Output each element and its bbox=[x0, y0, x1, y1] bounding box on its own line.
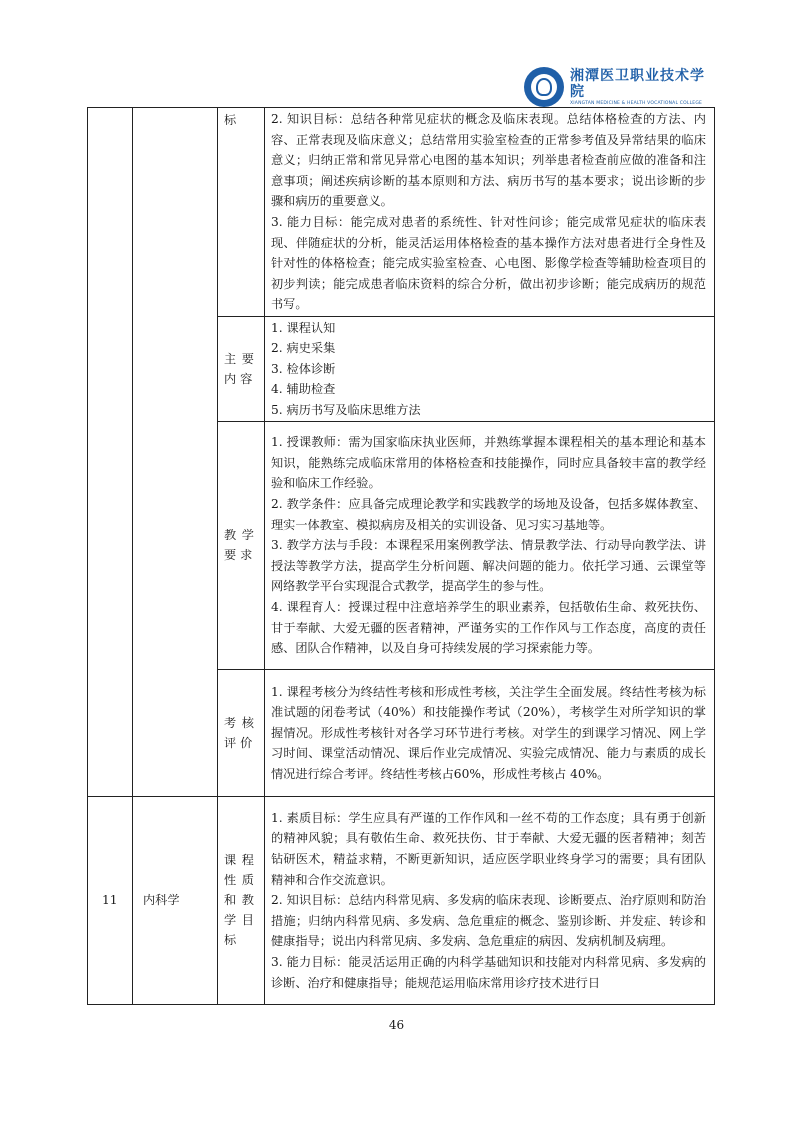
row-label: 课程性质和教学目标 bbox=[218, 797, 265, 1005]
content-paragraph: 2. 病史采集 bbox=[271, 338, 706, 359]
content-paragraph: 4. 课程育人：授课过程中注意培养学生的职业素养，包括敬佑生命、救死扶伤、甘于奉… bbox=[271, 597, 706, 659]
row-label: 教学要求 bbox=[218, 422, 265, 670]
college-name-cn: 湘潭医卫职业技术学院 bbox=[570, 68, 714, 100]
content-paragraph: 2. 知识目标：总结各种常见症状的概念及临床表现。总结体格检查的方法、内容、正常… bbox=[271, 109, 706, 212]
content-paragraph: 5. 病历书写及临床思维方法 bbox=[271, 400, 706, 421]
content-paragraph: 2. 知识目标：总结内科常见病、多发病的临床表现、诊断要点、治疗原则和防治措施；… bbox=[271, 890, 706, 952]
row-content: 1. 授课教师：需为国家临床执业医师，并熟练掌握本课程相关的基本理论和基本知识，… bbox=[265, 422, 715, 670]
content-paragraph: 1. 素质目标：学生应具有严谨的工作作风和一丝不苟的工作态度；具有勇于创新的精神… bbox=[271, 808, 706, 890]
course-name-cell bbox=[133, 108, 218, 797]
college-name-en: XIANGTAN MEDICINE & HEALTH VOCATIONAL CO… bbox=[570, 100, 714, 107]
college-name-block: 湘潭医卫职业技术学院 XIANGTAN MEDICINE & HEALTH VO… bbox=[570, 68, 714, 107]
content-paragraph: 3. 能力目标：能完成对患者的系统性、针对性问诊；能完成常见症状的临床表现、伴随… bbox=[271, 212, 706, 315]
page-number: 46 bbox=[0, 1018, 793, 1032]
course-number-cell: 11 bbox=[88, 797, 133, 1005]
content-paragraph: 3. 检体诊断 bbox=[271, 359, 706, 380]
row-content: 1. 课程认知 2. 病史采集 3. 检体诊断 4. 辅助检查 5. 病历书写及… bbox=[265, 317, 715, 422]
table-row: 11 内科学 课程性质和教学目标 1. 素质目标：学生应具有严谨的工作作风和一丝… bbox=[88, 797, 715, 1005]
row-label: 考核评价 bbox=[218, 670, 265, 797]
content-paragraph: 1. 授课教师：需为国家临床执业医师，并熟练掌握本课程相关的基本理论和基本知识，… bbox=[271, 432, 706, 494]
course-table: 标 2. 知识目标：总结各种常见症状的概念及临床表现。总结体格检查的方法、内容、… bbox=[87, 107, 715, 1005]
content-paragraph: 1. 课程考核分为终结性考核和形成性考核，关注学生全面发展。终结性考核为标准试题… bbox=[271, 682, 706, 785]
row-content: 1. 素质目标：学生应具有严谨的工作作风和一丝不苟的工作态度；具有勇于创新的精神… bbox=[265, 797, 715, 1005]
table-row: 标 2. 知识目标：总结各种常见症状的概念及临床表现。总结体格检查的方法、内容、… bbox=[88, 108, 715, 317]
content-paragraph: 3. 教学方法与手段：本课程采用案例教学法、情景教学法、行动导向教学法、讲授法等… bbox=[271, 535, 706, 597]
content-paragraph: 2. 教学条件：应具备完成理论教学和实践教学的场地及设备，包括多媒体教室、理实一… bbox=[271, 494, 706, 535]
college-emblem-icon bbox=[524, 67, 564, 107]
row-label: 标 bbox=[218, 108, 265, 317]
row-content: 1. 课程考核分为终结性考核和形成性考核，关注学生全面发展。终结性考核为标准试题… bbox=[265, 670, 715, 797]
course-name-cell: 内科学 bbox=[133, 797, 218, 1005]
course-number-cell bbox=[88, 108, 133, 797]
row-content: 2. 知识目标：总结各种常见症状的概念及临床表现。总结体格检查的方法、内容、正常… bbox=[265, 108, 715, 317]
content-paragraph: 1. 课程认知 bbox=[271, 318, 706, 339]
row-label: 主要内容 bbox=[218, 317, 265, 422]
content-paragraph: 3. 能力目标：能灵活运用正确的内科学基础知识和技能对内科常见病、多发病的诊断、… bbox=[271, 952, 706, 993]
college-logo: 湘潭医卫职业技术学院 XIANGTAN MEDICINE & HEALTH VO… bbox=[524, 64, 714, 110]
content-paragraph: 4. 辅助检查 bbox=[271, 379, 706, 400]
